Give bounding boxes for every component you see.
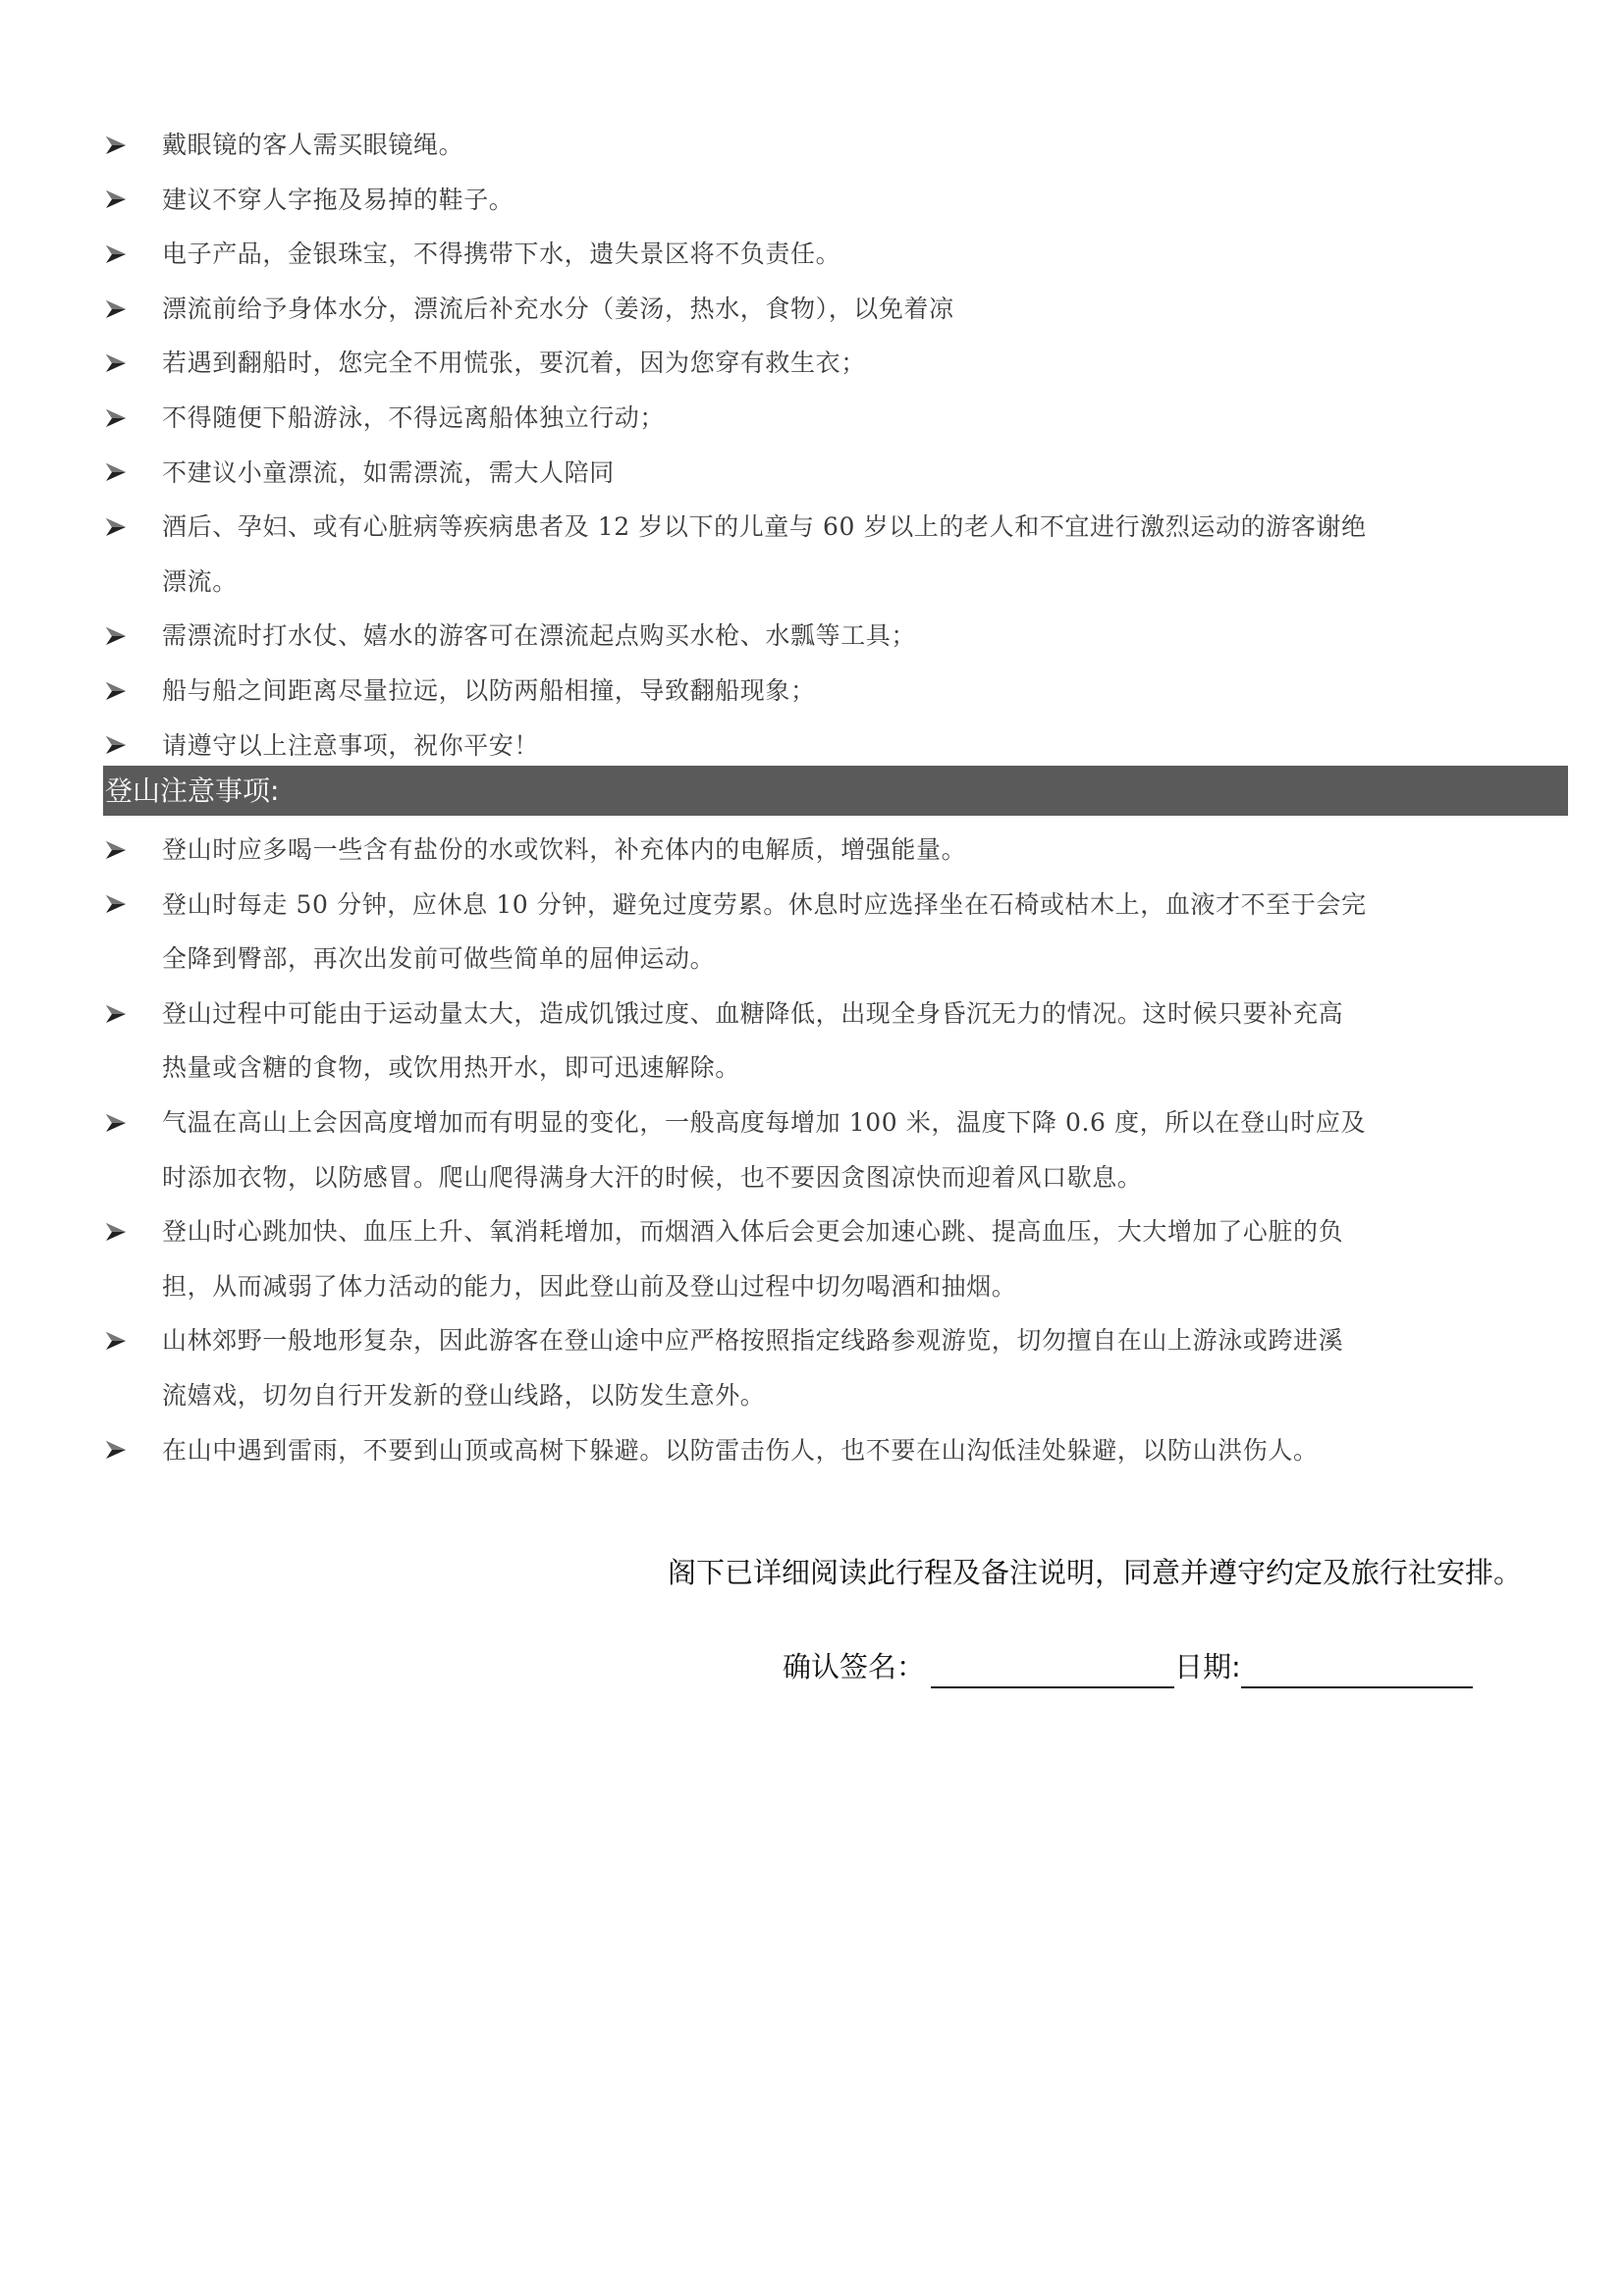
- list-item-line: 船与船之间距离尽量拉远，以防两船相撞，导致翻船现象；: [162, 664, 1578, 719]
- list-item-text: 酒后、孕妇、或有心脏病等疾病患者及 12 岁以下的儿童与 60 岁以上的老人和不…: [162, 500, 1578, 609]
- list-item-line: 山林郊野一般地形复杂，因此游客在登山途中应严格按照指定线路参观游览，切勿擅自在山…: [162, 1313, 1578, 1368]
- list-item-line: 担，从而减弱了体力活动的能力，因此登山前及登山过程中切勿喝酒和抽烟。: [162, 1259, 1578, 1314]
- arrowhead-bullet-icon: [105, 336, 129, 391]
- list-item-line: 戴眼镜的客人需买眼镜绳。: [162, 118, 1578, 173]
- arrowhead-bullet-icon: [105, 664, 129, 719]
- arrowhead-bullet-icon: [105, 1313, 129, 1368]
- list-item-text: 漂流前给予身体水分，漂流后补充水分（姜汤，热水，食物），以免着凉: [162, 282, 1578, 337]
- list-item-line: 酒后、孕妇、或有心脏病等疾病患者及 12 岁以下的儿童与 60 岁以上的老人和不…: [162, 500, 1578, 555]
- arrowhead-bullet-icon: [105, 118, 129, 173]
- list-item-line: 请遵守以上注意事项，祝你平安！: [162, 719, 1578, 774]
- date-field[interactable]: [1241, 1653, 1473, 1688]
- list-item-line: 登山过程中可能由于运动量太大，造成饥饿过度、血糖降低，出现全身昏沉无力的情况。这…: [162, 987, 1578, 1041]
- arrowhead-bullet-icon: [105, 987, 129, 1041]
- list-item-text: 不得随便下船游泳，不得远离船体独立行动；: [162, 391, 1578, 446]
- signature-row: 确认签名： 日期:: [783, 1645, 1473, 1688]
- list-item: 电子产品，金银珠宝，不得携带下水，遗失景区将不负责任。: [105, 227, 1578, 282]
- list-item-text: 请遵守以上注意事项，祝你平安！: [162, 719, 1578, 774]
- arrowhead-bullet-icon: [105, 446, 129, 501]
- list-item-line: 若遇到翻船时，您完全不用慌张，要沉着，因为您穿有救生衣；: [162, 336, 1578, 391]
- list-item-text: 登山时每走 50 分钟，应休息 10 分钟，避免过度劳累。休息时应选择坐在石椅或…: [162, 878, 1578, 987]
- list-item-text: 船与船之间距离尽量拉远，以防两船相撞，导致翻船现象；: [162, 664, 1578, 719]
- list-item-text: 戴眼镜的客人需买眼镜绳。: [162, 118, 1578, 173]
- arrowhead-bullet-icon: [105, 173, 129, 228]
- list-item: 登山过程中可能由于运动量太大，造成饥饿过度、血糖降低，出现全身昏沉无力的情况。这…: [105, 987, 1578, 1095]
- list-item-line: 全降到臀部，再次出发前可做些简单的屈伸运动。: [162, 932, 1578, 987]
- arrowhead-bullet-icon: [105, 391, 129, 446]
- list-item: 需漂流时打水仗、嬉水的游客可在漂流起点购买水枪、水瓢等工具；: [105, 609, 1578, 664]
- list-item-line: 不得随便下船游泳，不得远离船体独立行动；: [162, 391, 1578, 446]
- list-item: 请遵守以上注意事项，祝你平安！: [105, 719, 1578, 774]
- list-item: 船与船之间距离尽量拉远，以防两船相撞，导致翻船现象；: [105, 664, 1578, 719]
- list-item-text: 气温在高山上会因高度增加而有明显的变化，一般高度每增加 100 米，温度下降 0…: [162, 1095, 1578, 1204]
- hiking-section-header: 登山注意事项:: [103, 766, 1568, 816]
- arrowhead-bullet-icon: [105, 609, 129, 664]
- list-item-line: 登山时应多喝一些含有盐份的水或饮料，补充体内的电解质，增强能量。: [162, 823, 1578, 878]
- hiking-section-title: 登山注意事项:: [105, 774, 279, 807]
- arrowhead-bullet-icon: [105, 878, 129, 933]
- list-item-text: 需漂流时打水仗、嬉水的游客可在漂流起点购买水枪、水瓢等工具；: [162, 609, 1578, 664]
- list-item-line: 需漂流时打水仗、嬉水的游客可在漂流起点购买水枪、水瓢等工具；: [162, 609, 1578, 664]
- confirmation-statement: 阁下已详细阅读此行程及备注说明，同意并遵守约定及旅行社安排。: [668, 1551, 1522, 1594]
- list-item: 气温在高山上会因高度增加而有明显的变化，一般高度每增加 100 米，温度下降 0…: [105, 1095, 1578, 1204]
- arrowhead-bullet-icon: [105, 1204, 129, 1259]
- list-item: 建议不穿人字拖及易掉的鞋子。: [105, 173, 1578, 228]
- list-item-text: 山林郊野一般地形复杂，因此游客在登山途中应严格按照指定线路参观游览，切勿擅自在山…: [162, 1313, 1578, 1422]
- list-item: 登山时应多喝一些含有盐份的水或饮料，补充体内的电解质，增强能量。: [105, 823, 1578, 878]
- list-item-line: 登山时心跳加快、血压上升、氧消耗增加，而烟酒入体后会更会加速心跳、提高血压，大大…: [162, 1204, 1578, 1259]
- date-label: 日期:: [1174, 1645, 1241, 1688]
- list-item: 漂流前给予身体水分，漂流后补充水分（姜汤，热水，食物），以免着凉: [105, 282, 1578, 337]
- list-item-text: 电子产品，金银珠宝，不得携带下水，遗失景区将不负责任。: [162, 227, 1578, 282]
- list-item-text: 建议不穿人字拖及易掉的鞋子。: [162, 173, 1578, 228]
- list-item-line: 建议不穿人字拖及易掉的鞋子。: [162, 173, 1578, 228]
- arrowhead-bullet-icon: [105, 719, 129, 774]
- list-item: 在山中遇到雷雨，不要到山顶或高树下躲避。以防雷击伤人，也不要在山沟低洼处躲避，以…: [105, 1423, 1578, 1478]
- list-item: 不建议小童漂流，如需漂流，需大人陪同: [105, 446, 1578, 501]
- rafting-notes-list: 戴眼镜的客人需买眼镜绳。 建议不穿人字拖及易掉的鞋子。 电子产品，金银珠宝，不得…: [105, 118, 1578, 773]
- list-item-line: 气温在高山上会因高度增加而有明显的变化，一般高度每增加 100 米，温度下降 0…: [162, 1095, 1578, 1150]
- list-item-line: 在山中遇到雷雨，不要到山顶或高树下躲避。以防雷击伤人，也不要在山沟低洼处躲避，以…: [162, 1423, 1578, 1478]
- list-item-text: 在山中遇到雷雨，不要到山顶或高树下躲避。以防雷击伤人，也不要在山沟低洼处躲避，以…: [162, 1423, 1578, 1478]
- list-item-text: 不建议小童漂流，如需漂流，需大人陪同: [162, 446, 1578, 501]
- arrowhead-bullet-icon: [105, 282, 129, 337]
- list-item-line: 电子产品，金银珠宝，不得携带下水，遗失景区将不负责任。: [162, 227, 1578, 282]
- arrowhead-bullet-icon: [105, 1423, 129, 1478]
- list-item-text: 登山时应多喝一些含有盐份的水或饮料，补充体内的电解质，增强能量。: [162, 823, 1578, 878]
- list-item: 酒后、孕妇、或有心脏病等疾病患者及 12 岁以下的儿童与 60 岁以上的老人和不…: [105, 500, 1578, 609]
- signature-label: 确认签名：: [783, 1645, 925, 1688]
- list-item-line: 不建议小童漂流，如需漂流，需大人陪同: [162, 446, 1578, 501]
- list-item-line: 漂流前给予身体水分，漂流后补充水分（姜汤，热水，食物），以免着凉: [162, 282, 1578, 337]
- arrowhead-bullet-icon: [105, 823, 129, 878]
- list-item-text: 若遇到翻船时，您完全不用慌张，要沉着，因为您穿有救生衣；: [162, 336, 1578, 391]
- list-item-text: 登山过程中可能由于运动量太大，造成饥饿过度、血糖降低，出现全身昏沉无力的情况。这…: [162, 987, 1578, 1095]
- list-item: 戴眼镜的客人需买眼镜绳。: [105, 118, 1578, 173]
- arrowhead-bullet-icon: [105, 500, 129, 555]
- list-item: 山林郊野一般地形复杂，因此游客在登山途中应严格按照指定线路参观游览，切勿擅自在山…: [105, 1313, 1578, 1422]
- arrowhead-bullet-icon: [105, 1095, 129, 1150]
- list-item-line: 登山时每走 50 分钟，应休息 10 分钟，避免过度劳累。休息时应选择坐在石椅或…: [162, 878, 1578, 933]
- list-item-line: 时添加衣物，以防感冒。爬山爬得满身大汗的时候，也不要因贪图凉快而迎着风口歇息。: [162, 1150, 1578, 1205]
- arrowhead-bullet-icon: [105, 227, 129, 282]
- list-item: 登山时每走 50 分钟，应休息 10 分钟，避免过度劳累。休息时应选择坐在石椅或…: [105, 878, 1578, 987]
- hiking-notes-list: 登山时应多喝一些含有盐份的水或饮料，补充体内的电解质，增强能量。 登山时每走 5…: [105, 823, 1578, 1477]
- document-page: 戴眼镜的客人需买眼镜绳。 建议不穿人字拖及易掉的鞋子。 电子产品，金银珠宝，不得…: [0, 0, 1624, 2296]
- list-item-line: 热量或含糖的食物，或饮用热开水，即可迅速解除。: [162, 1041, 1578, 1095]
- list-item-line: 漂流。: [162, 555, 1578, 610]
- signature-field[interactable]: [931, 1653, 1174, 1688]
- list-item-text: 登山时心跳加快、血压上升、氧消耗增加，而烟酒入体后会更会加速心跳、提高血压，大大…: [162, 1204, 1578, 1313]
- list-item-line: 流嬉戏，切勿自行开发新的登山线路，以防发生意外。: [162, 1368, 1578, 1423]
- list-item: 若遇到翻船时，您完全不用慌张，要沉着，因为您穿有救生衣；: [105, 336, 1578, 391]
- list-item: 不得随便下船游泳，不得远离船体独立行动；: [105, 391, 1578, 446]
- list-item: 登山时心跳加快、血压上升、氧消耗增加，而烟酒入体后会更会加速心跳、提高血压，大大…: [105, 1204, 1578, 1313]
